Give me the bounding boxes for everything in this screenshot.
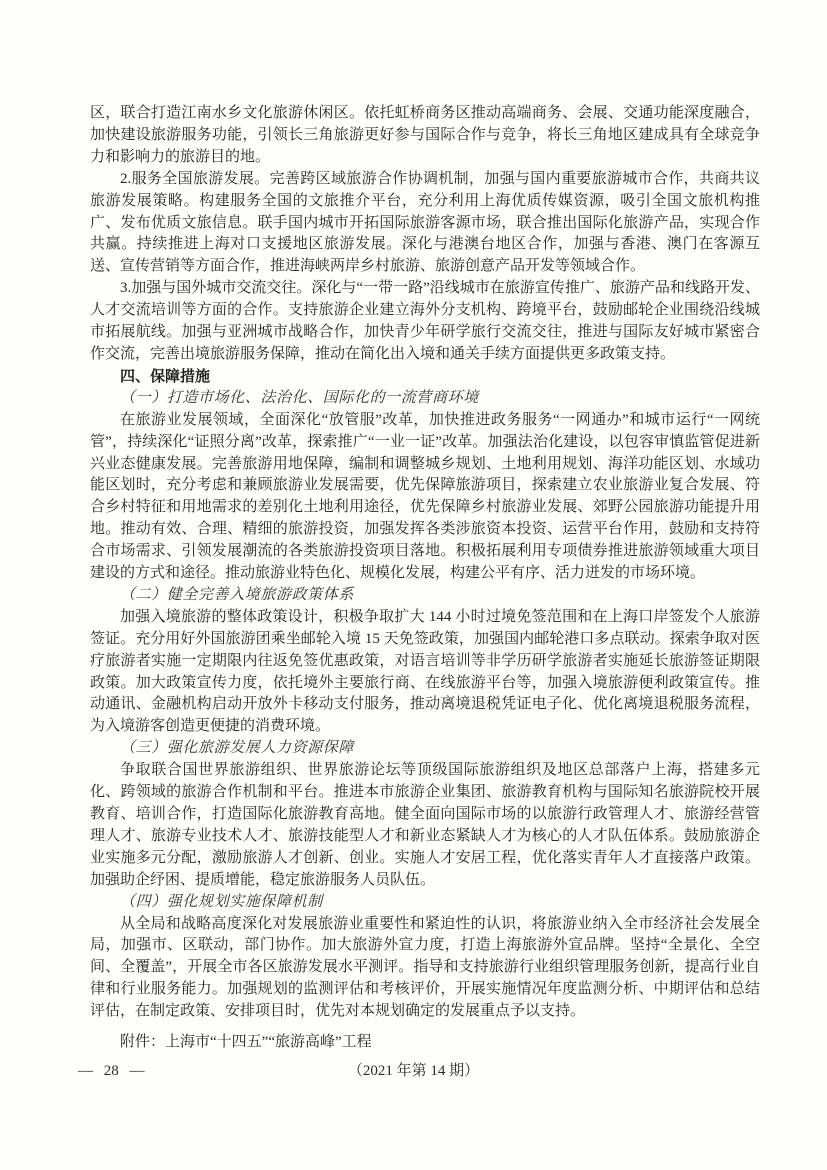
issue-label: （2021 年第 14 期） [348,1060,479,1082]
section-heading: 四、保障措施 [90,366,760,388]
document-body: 区，联合打造江南水乡文化旅游休闲区。依托虹桥商务区推动高端商务、会展、交通功能深… [90,103,760,1054]
page-footer: — 28 — （2021 年第 14 期） [0,1060,827,1082]
page-number: — 28 — [78,1060,145,1082]
body-paragraph: 争取联合国世界旅游组织、世界旅游论坛等顶级国际旅游组织及地区总部落户上海，搭建多… [90,760,760,891]
body-paragraph: 加强入境旅游的整体政策设计，积极争取扩大 144 小时过境免签范围和在上海口岸签… [90,607,760,738]
continuation-paragraph: 区，联合打造江南水乡文化旅游休闲区。依托虹桥商务区推动高端商务、会展、交通功能深… [90,103,760,169]
document-page: 区，联合打造江南水乡文化旅游休闲区。依托虹桥商务区推动高端商务、会展、交通功能深… [0,0,827,1170]
subsection-heading: （三）强化旅游发展人力资源保障 [90,738,760,760]
attachment-line: 附件：上海市“十四五”“旅游高峰”工程 [90,1032,760,1054]
body-paragraph: 在旅游业发展领域，全面深化“放管服”改革，加快推进政务服务“一网通办”和城市运行… [90,410,760,585]
body-paragraph: 2.服务全国旅游发展。完善跨区域旅游合作协调机制，加强与国内重要旅游城市合作，共… [90,169,760,279]
subsection-heading: （二）健全完善入境旅游政策体系 [90,585,760,607]
body-paragraph: 3.加强与国外城市交流交往。深化与“一带一路”沿线城市在旅游宣传推广、旅游产品和… [90,278,760,366]
subsection-heading: （四）强化规划实施保障机制 [90,892,760,914]
subsection-heading: （一）打造市场化、法治化、国际化的一流营商环境 [90,388,760,410]
body-paragraph: 从全局和战略高度深化对发展旅游业重要性和紧迫性的认识，将旅游业纳入全市经济社会发… [90,914,760,1024]
